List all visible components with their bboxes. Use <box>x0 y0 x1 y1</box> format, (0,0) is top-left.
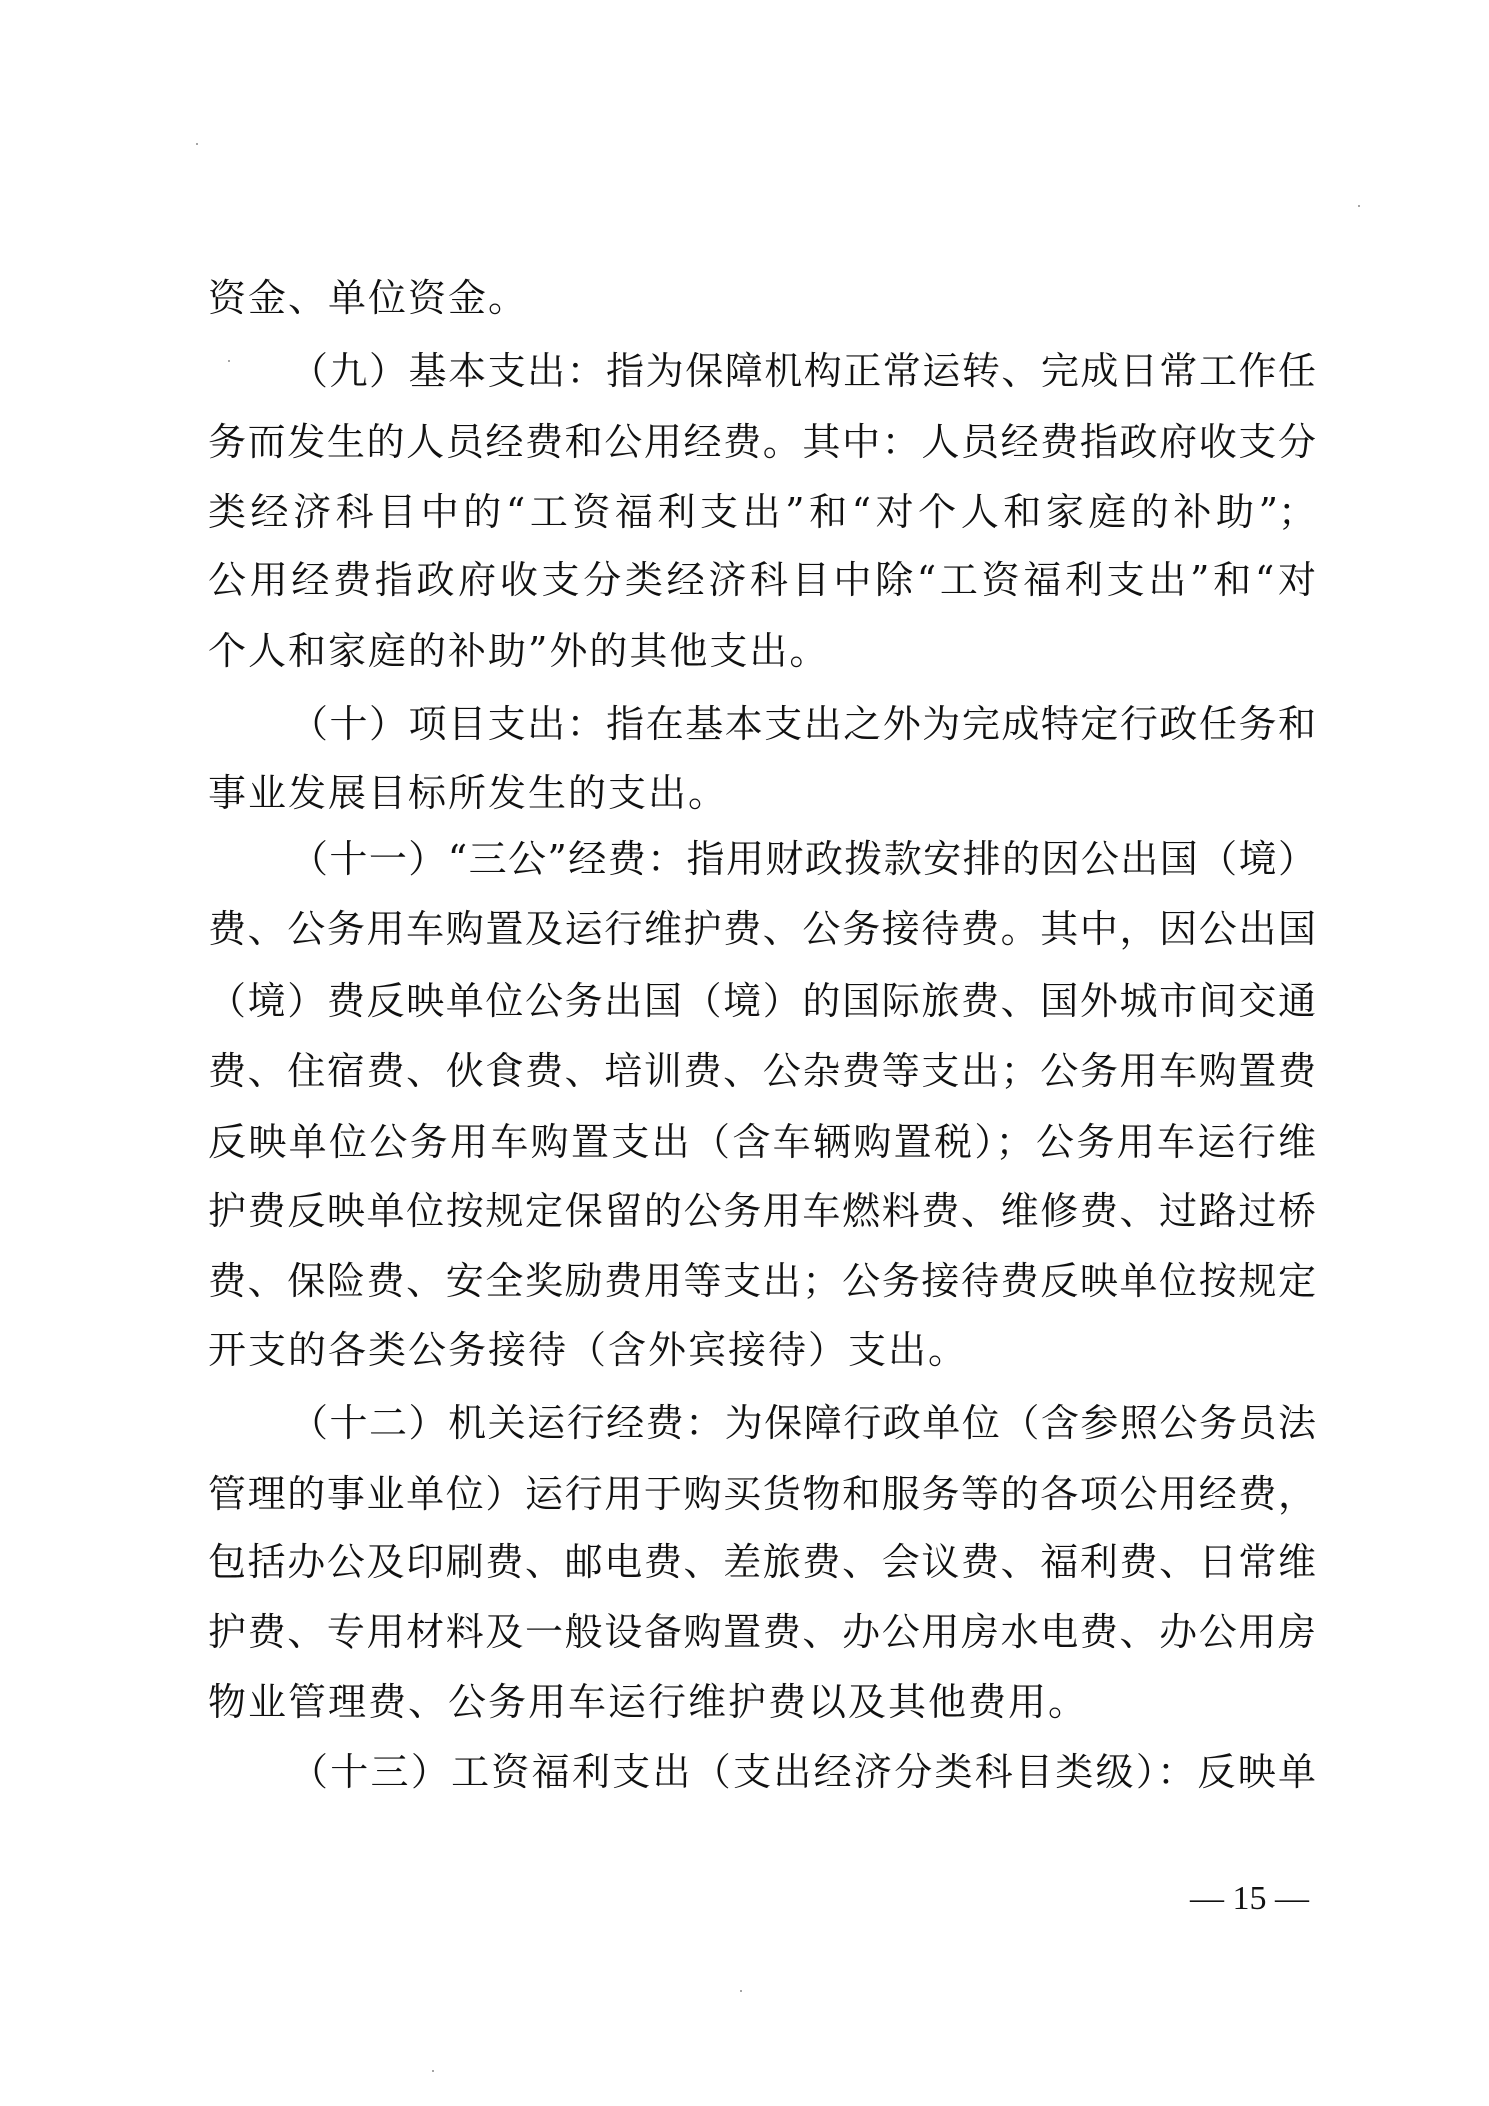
text-line: 开支的各类公务接待（含外宾接待）支出。 <box>208 1328 1316 1372</box>
text-line: 资金、单位资金。 <box>208 276 1316 320</box>
paragraph-9-heading-line: （九）基本支出：指为保障机构正常运转、完成日常工作任 <box>290 349 1316 393</box>
text-line: 费、住宿费、伙食费、培训费、公杂费等支出；公务用车购置费 <box>208 1049 1316 1093</box>
text-line: 个人和家庭的补助”外的其他支出。 <box>208 629 1316 673</box>
scan-speck <box>808 1012 810 1014</box>
text-line: 费、公务用车购置及运行维护费、公务接待费。其中，因公出国 <box>208 907 1316 951</box>
paragraph-10-heading-line: （十）项目支出：指在基本支出之外为完成特定行政任务和 <box>290 702 1316 746</box>
scan-speck <box>740 1990 742 1992</box>
text-line: 护费、专用材料及一般设备购置费、办公用房水电费、办公用房 <box>208 1610 1316 1654</box>
paragraph-12-heading-line: （十二）机关运行经费：为保障行政单位（含参照公务员法 <box>290 1401 1316 1445</box>
paragraph-13-heading-line: （十三）工资福利支出（支出经济分类科目类级）：反映单 <box>290 1750 1316 1794</box>
text-line: （境）费反映单位公务出国（境）的国际旅费、国外城市间交通 <box>208 979 1316 1023</box>
text-line: 反映单位公务用车购置支出（含车辆购置税）；公务用车运行维 <box>208 1120 1316 1164</box>
scan-speck <box>228 360 230 362</box>
text-line: 费、保险费、安全奖励费用等支出；公务接待费反映单位按规定 <box>208 1259 1316 1303</box>
text-line: 物业管理费、公务用车运行维护费以及其他费用。 <box>208 1680 1316 1724</box>
text-line: 包括办公及印刷费、邮电费、差旅费、会议费、福利费、日常维 <box>208 1540 1316 1584</box>
scan-speck <box>1358 205 1360 207</box>
scan-speck <box>432 2070 434 2072</box>
scan-speck <box>196 143 198 145</box>
text-line: 务而发生的人员经费和公用经费。其中：人员经费指政府收支分 <box>208 420 1316 464</box>
text-line: 类经济科目中的“工资福利支出”和“对个人和家庭的补助”； <box>208 490 1316 534</box>
text-line: 护费反映单位按规定保留的公务用车燃料费、维修费、过路过桥 <box>208 1189 1316 1233</box>
paragraph-11-heading-line: （十一）“三公”经费：指用财政拨款安排的因公出国（境） <box>290 837 1316 881</box>
page-number: — 15 — <box>1190 1880 1309 1918</box>
text-line: 公用经费指政府收支分类经济科目中除“工资福利支出”和“对 <box>208 558 1316 602</box>
text-line: 管理的事业单位）运行用于购买货物和服务等的各项公用经费， <box>208 1472 1316 1516</box>
text-line: 事业发展目标所发生的支出。 <box>208 771 1316 815</box>
